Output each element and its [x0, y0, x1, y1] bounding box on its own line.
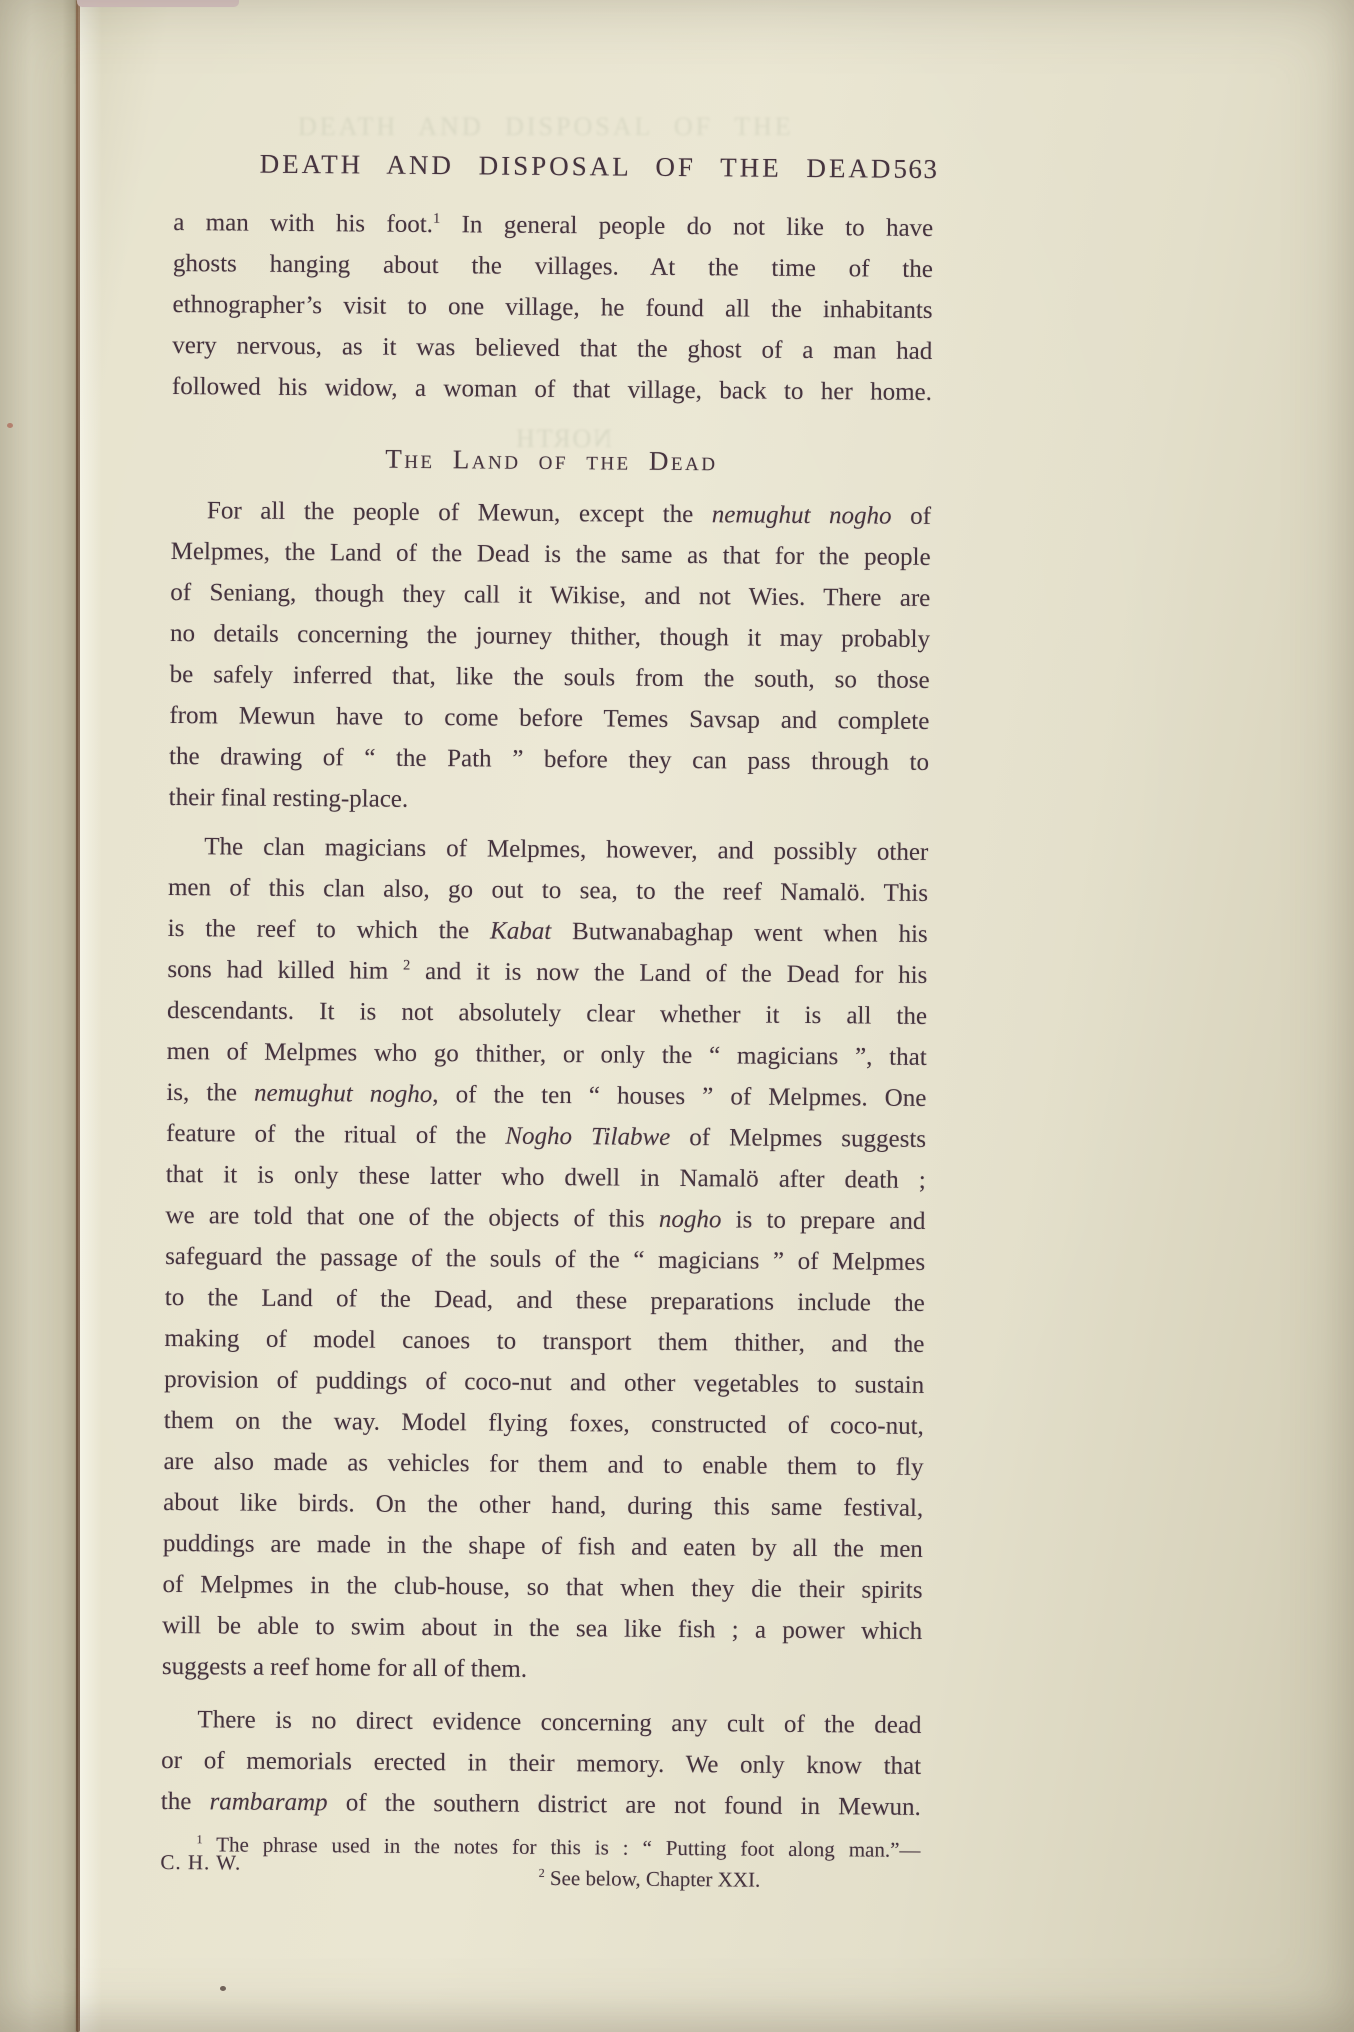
- page-content: DEATH AND DISPOSAL OF THE DEAD 563 a man…: [160, 0, 935, 1897]
- text-line: them on the way. Model flying foxes, con…: [164, 1400, 924, 1447]
- text-run: Melpmes, the Land of the Dead is the sam…: [171, 538, 931, 571]
- text-run: no details concerning the journey thithe…: [170, 620, 930, 653]
- text-run: is, the: [166, 1079, 254, 1107]
- text-line: puddings are made in the shape of fish a…: [163, 1523, 923, 1570]
- text-run: a man with his foot.: [173, 209, 433, 238]
- text-line: from Mewun have to come before Temes Sav…: [169, 695, 929, 742]
- text-run: be safely inferred that, like the souls …: [170, 661, 930, 694]
- text-run: men of this clan also, go out to sea, to…: [168, 874, 928, 907]
- text-line: we are told that one of the objects of t…: [165, 1195, 925, 1242]
- text-run: safeguard the passage of the souls of th…: [165, 1243, 925, 1276]
- italic-term: Nogho Tilabwe: [505, 1123, 670, 1151]
- text-line: will be able to swim about in the sea li…: [162, 1605, 922, 1652]
- text-line: a man with his foot.1 In general people …: [173, 202, 933, 249]
- text-line: feature of the ritual of the Nogho Tilab…: [166, 1113, 926, 1160]
- footnote-marker: 1: [433, 211, 440, 227]
- text-line: about like birds. On the other hand, dur…: [163, 1482, 923, 1529]
- text-run: of the southern district are not found i…: [328, 1789, 921, 1821]
- text-line: ghosts hanging about the villages. At th…: [173, 243, 933, 290]
- text-run: descendants. It is not absolutely clear …: [167, 997, 927, 1030]
- text-line: Melpmes, the Land of the Dead is the sam…: [171, 531, 931, 578]
- text-line: descendants. It is not absolutely clear …: [167, 990, 927, 1037]
- text-run: The phrase used in the notes for this is…: [203, 1832, 921, 1862]
- text-run: See below, Chapter XXI.: [545, 1866, 761, 1892]
- paragraph: For all the people of Mewun, except the …: [169, 490, 932, 824]
- text-run: In general people do not like to have: [440, 211, 933, 242]
- text-run: is the reef to which the: [168, 915, 491, 945]
- text-line: men of Melpmes who go thither, or only t…: [167, 1031, 927, 1078]
- text-run: about like birds. On the other hand, dur…: [163, 1489, 923, 1522]
- text-line: to the Land of the Dead, and these prepa…: [165, 1277, 925, 1324]
- text-run: sons had killed him: [167, 956, 403, 985]
- text-line: that it is only these latter who dwell i…: [166, 1154, 926, 1201]
- text-run: of: [891, 503, 931, 530]
- text-run: their final resting-place.: [169, 784, 409, 813]
- text-line: making of model canoes to transport them…: [164, 1318, 924, 1365]
- text-run: suggests a reef home for all of them.: [162, 1653, 527, 1683]
- text-run: , of the ten “ houses ” of Melpmes. One: [432, 1081, 926, 1112]
- page-number: 563: [893, 149, 938, 190]
- text-run: we are told that one of the objects of t…: [165, 1202, 659, 1233]
- paragraph: The clan magicians of Melpmes, however, …: [162, 826, 929, 1693]
- text-run: For all the people of Mewun, except the: [207, 497, 712, 528]
- text-run: Butwanabaghap went when his: [551, 918, 928, 948]
- text-run: puddings are made in the shape of fish a…: [163, 1530, 923, 1563]
- text-run: of Melpmes in the club-house, so that wh…: [162, 1571, 922, 1604]
- text-line: of Melpmes in the club-house, so that wh…: [162, 1564, 922, 1611]
- text-run: ghosts hanging about the villages. At th…: [173, 250, 933, 283]
- gutter-highlight: [80, 0, 102, 2032]
- italic-term: rambaramp: [209, 1788, 327, 1816]
- text-run: of Seniang, though they call it Wikise, …: [170, 579, 930, 612]
- text-run: the drawing of “ the Path ” before they …: [169, 743, 929, 776]
- text-run: making of model canoes to transport them…: [164, 1325, 924, 1358]
- text-run: ethnographer’s visit to one village, he …: [173, 291, 933, 324]
- text-run: them on the way. Model flying foxes, con…: [164, 1407, 924, 1440]
- section-heading: The Land of the Dead: [171, 437, 931, 484]
- text-run: The clan magicians of Melpmes, however, …: [204, 833, 928, 866]
- text-line: suggests a reef home for all of them.: [162, 1646, 922, 1693]
- text-run: of Melpmes suggests: [670, 1124, 926, 1153]
- text-line: For all the people of Mewun, except the …: [171, 490, 931, 537]
- text-run: are also made as vehicles for them and t…: [163, 1448, 923, 1481]
- text-line: be safely inferred that, like the souls …: [170, 654, 930, 701]
- text-run: There is no direct evidence concerning a…: [197, 1706, 921, 1739]
- text-line: sons had killed him 2 and it is now the …: [167, 949, 927, 996]
- text-line: provision of puddings of coco-nut and ot…: [164, 1359, 924, 1406]
- paragraph: There is no direct evidence concerning a…: [161, 1699, 922, 1828]
- text-run: provision of puddings of coco-nut and ot…: [164, 1366, 924, 1399]
- text-line: or of memorials erected in their memory.…: [161, 1740, 921, 1787]
- text-line: very nervous, as it was believed that th…: [172, 325, 932, 372]
- text-run: from Mewun have to come before Temes Sav…: [169, 702, 929, 735]
- text-run: or of memorials erected in their memory.…: [161, 1747, 921, 1780]
- text-run: feature of the ritual of the: [166, 1120, 505, 1150]
- text-line: safeguard the passage of the souls of th…: [165, 1236, 925, 1283]
- text-run: followed his widow, a woman of that vill…: [172, 373, 932, 406]
- italic-term: nemughut nogho: [254, 1080, 432, 1108]
- text-run: that it is only these latter who dwell i…: [166, 1161, 926, 1194]
- text-run: and it is now the Land of the Dead for h…: [410, 958, 927, 989]
- footnote-row: C. H. W.2 See below, Chapter XXI.: [160, 1860, 920, 1897]
- text-line: no details concerning the journey thithe…: [170, 613, 930, 660]
- running-head-title: DEATH AND DISPOSAL OF THE DEAD: [260, 144, 894, 190]
- text-run: the: [161, 1788, 210, 1815]
- book-page-scan: DEATH AND DISPOSAL OF THE NORTH DEATH AN…: [0, 0, 1354, 2032]
- text-line: are also made as vehicles for them and t…: [163, 1441, 923, 1488]
- italic-term: nogho: [659, 1206, 722, 1233]
- text-line: There is no direct evidence concerning a…: [161, 1699, 921, 1746]
- text-run: men of Melpmes who go thither, or only t…: [167, 1038, 927, 1071]
- text-line: ethnographer’s visit to one village, he …: [172, 284, 932, 331]
- text-line: 1 The phrase used in the notes for this …: [160, 1829, 920, 1866]
- paragraph: a man with his foot.1 In general people …: [172, 202, 934, 413]
- running-head-row: DEATH AND DISPOSAL OF THE DEAD 563: [174, 143, 934, 190]
- text-run: to the Land of the Dead, and these prepa…: [165, 1284, 925, 1317]
- italic-term: nemughut nogho: [712, 501, 892, 529]
- text-line: followed his widow, a woman of that vill…: [172, 366, 932, 413]
- footnote-2: 2 See below, Chapter XXI.: [538, 1863, 760, 1896]
- text-run: very nervous, as it was believed that th…: [172, 332, 932, 365]
- facing-page-edge: [0, 0, 78, 2032]
- italic-term: Kabat: [490, 918, 551, 945]
- text-line: of Seniang, though they call it Wikise, …: [170, 572, 930, 619]
- text-run: will be able to swim about in the sea li…: [162, 1612, 922, 1645]
- body-text: a man with his foot.1 In general people …: [160, 202, 933, 1897]
- paper-blemish: [7, 423, 13, 428]
- text-line: their final resting-place.: [169, 777, 929, 824]
- text-run: is to prepare and: [721, 1206, 925, 1235]
- text-line: is, the nemughut nogho, of the ten “ hou…: [166, 1072, 926, 1119]
- text-line: the drawing of “ the Path ” before they …: [169, 736, 929, 783]
- footnote-signature: C. H. W.: [160, 1847, 241, 1879]
- text-line: the rambaramp of the southern district a…: [161, 1781, 921, 1828]
- text-line: is the reef to which the Kabat Butwanaba…: [168, 908, 928, 955]
- footnote: 1 The phrase used in the notes for this …: [160, 1829, 920, 1866]
- text-line: men of this clan also, go out to sea, to…: [168, 867, 928, 914]
- ink-speck: [220, 1986, 226, 1991]
- text-line: The clan magicians of Melpmes, however, …: [168, 826, 928, 873]
